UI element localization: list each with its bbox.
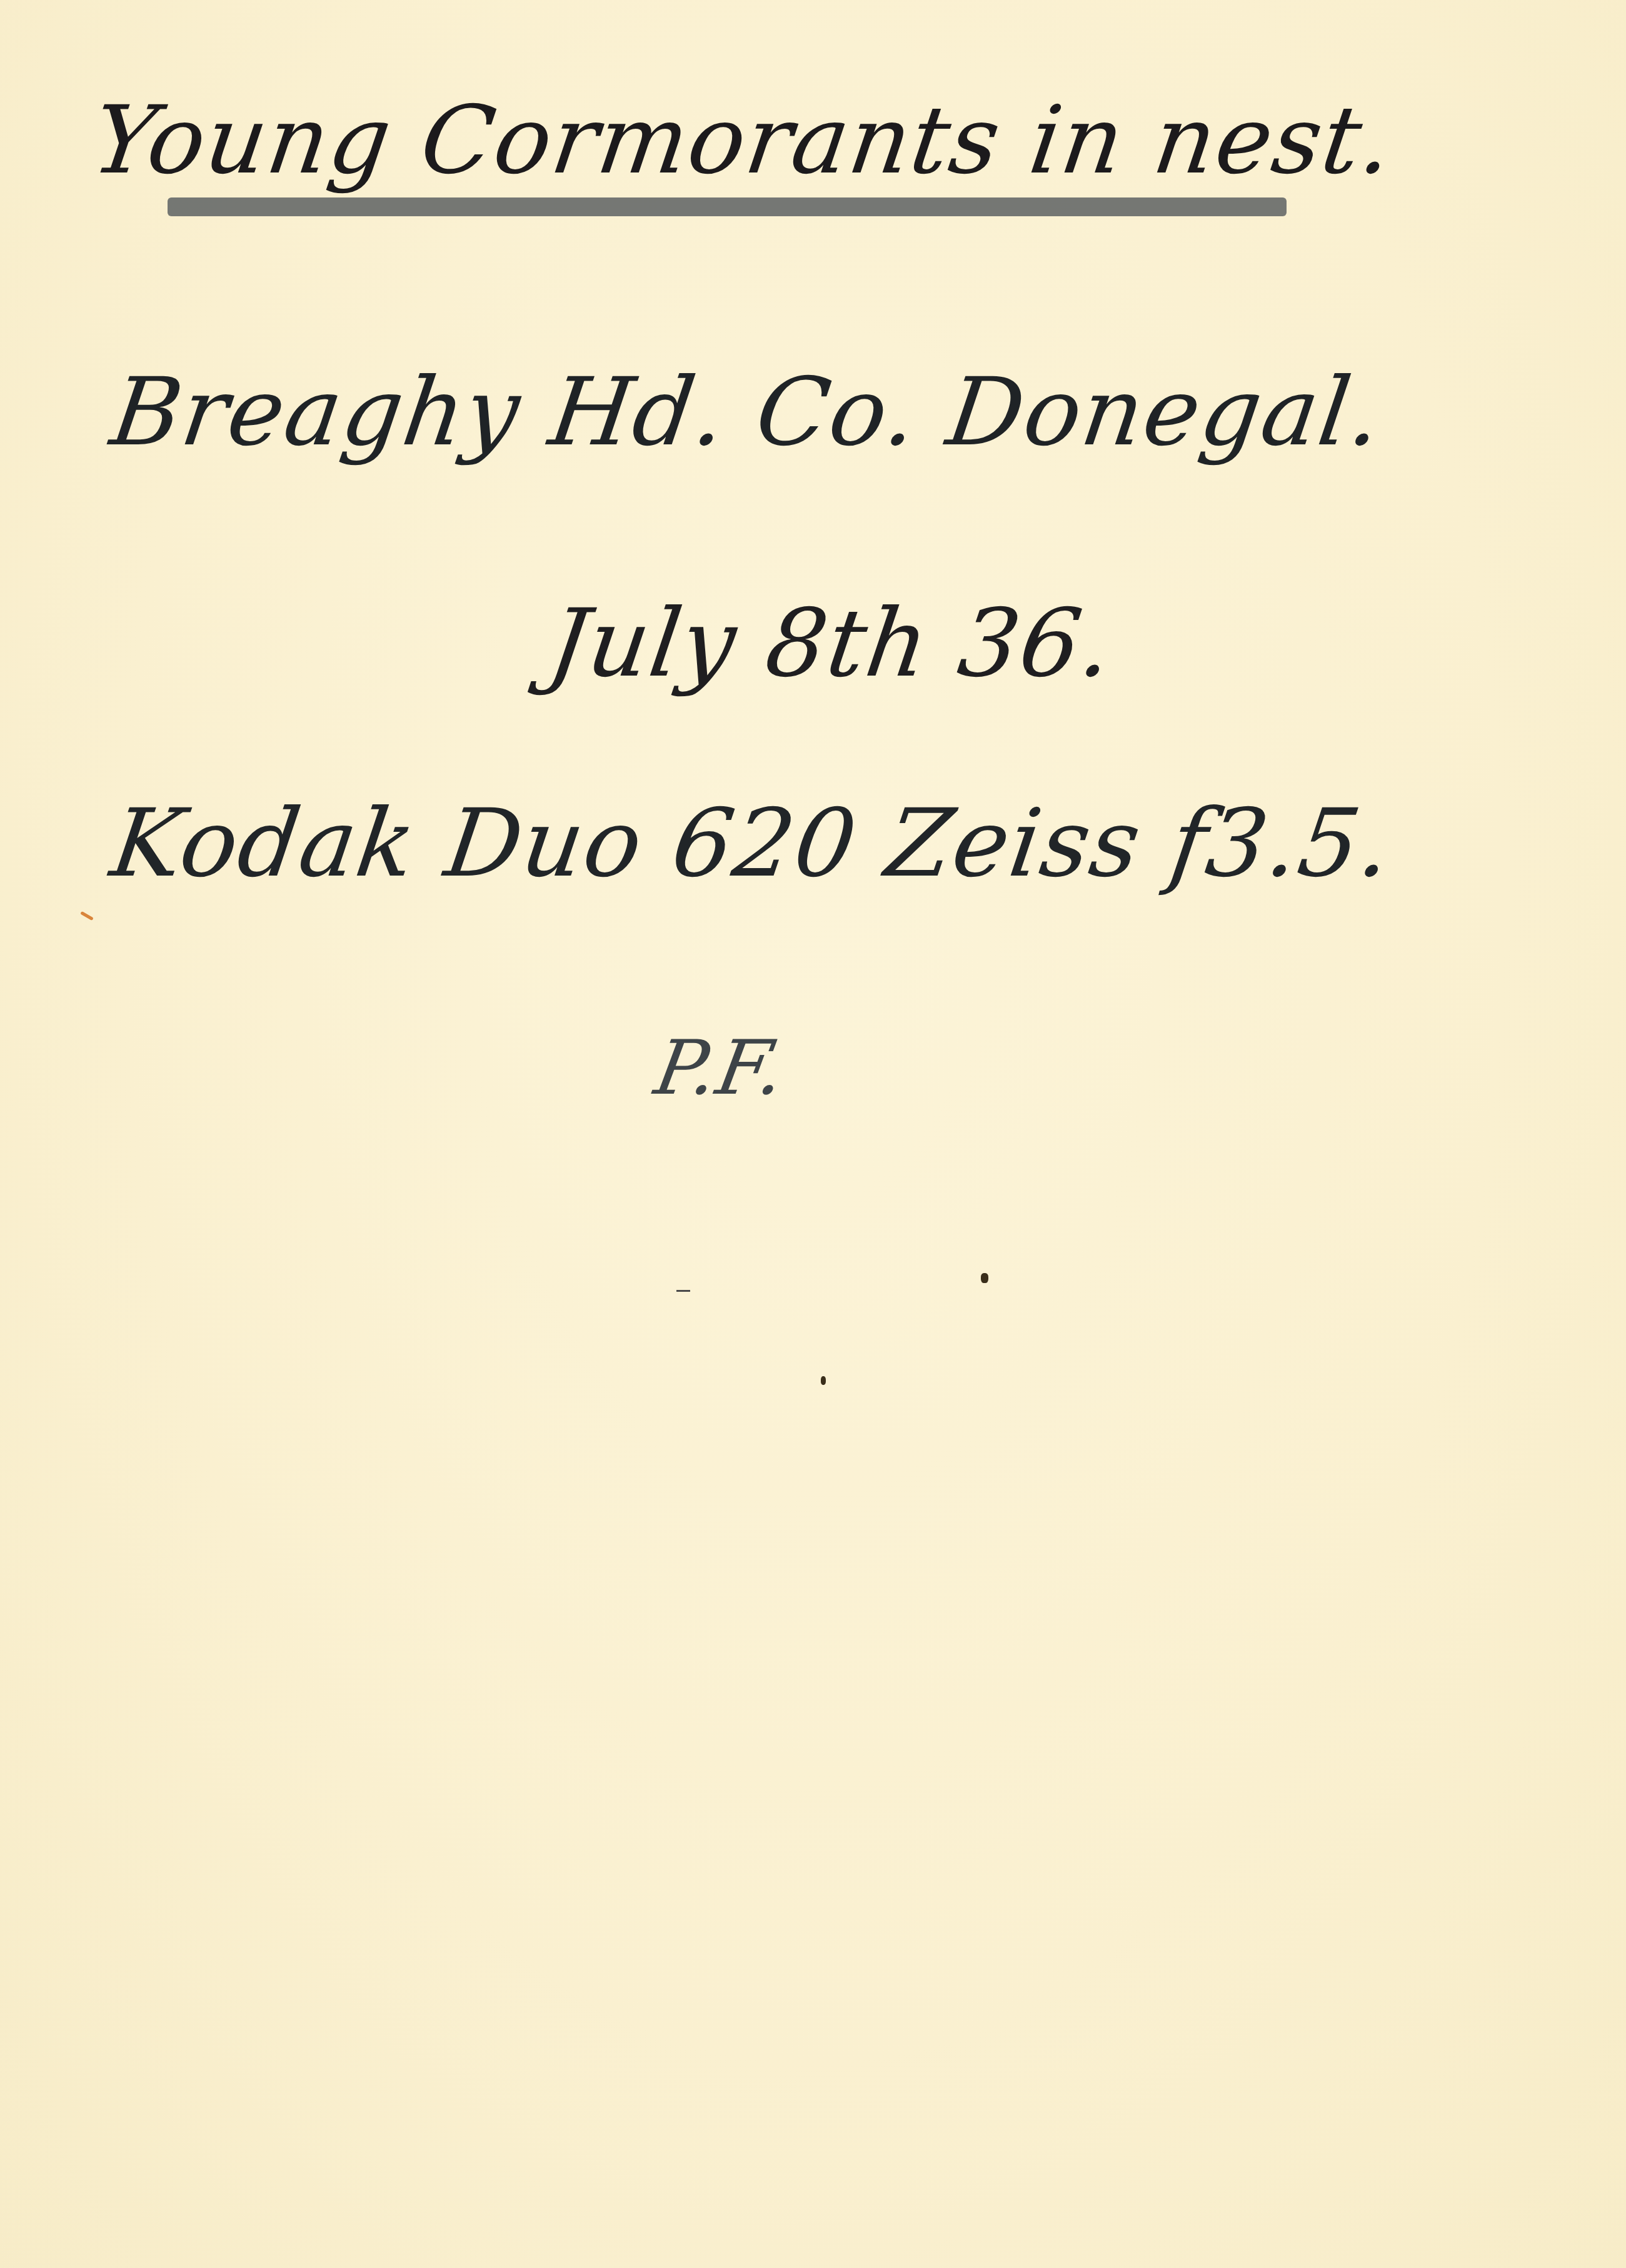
paper-blemish (80, 911, 94, 921)
caption-camera-details: Kodak Duo 620 Zeiss f3.5. (104, 781, 1400, 906)
paper-blemish (676, 1290, 690, 1292)
caption-title: Young Cormorants in nest. (86, 81, 1401, 200)
title-underline (168, 197, 1287, 216)
caption-date: July 8th 36. (541, 581, 1122, 706)
paper-card: Young Cormorants in nest. Breaghy Hd. Co… (0, 0, 1626, 2268)
paper-speck (981, 1273, 988, 1283)
paper-speck (821, 1376, 826, 1385)
caption-initials: P.F. (648, 1019, 794, 1119)
caption-location: Breaghy Hd. Co. Donegal. (104, 350, 1390, 475)
